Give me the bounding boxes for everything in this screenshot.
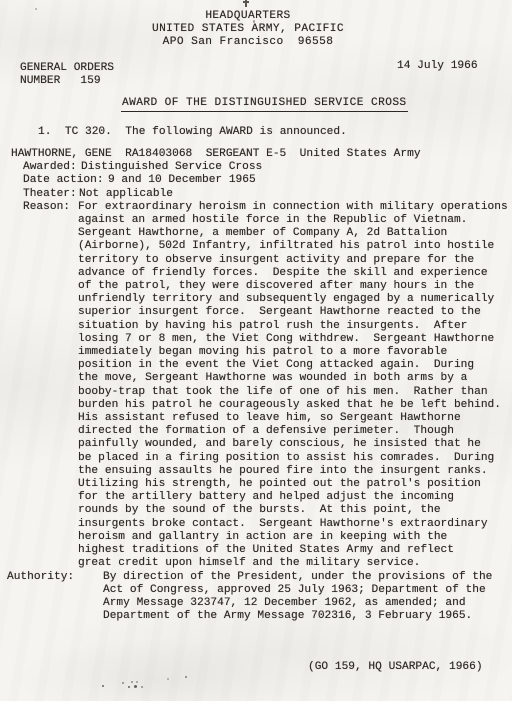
awardee-name-line: HAWTHORNE, GENE RA18403068 SERGEANT E-5 … bbox=[0, 148, 512, 161]
field-value-theater: Not applicable bbox=[79, 188, 173, 201]
field-row-authority: Authority: By direction of the President… bbox=[7, 571, 512, 624]
scan-speck bbox=[185, 676, 187, 678]
field-label-theater: Theater: bbox=[23, 188, 79, 201]
scan-speck bbox=[102, 685, 104, 687]
scanned-document-page: HEADQUARTERS UNITED STATES ARMY, PACIFIC… bbox=[0, 0, 512, 701]
field-row-reason: Reason: For extraordinary heroism in con… bbox=[23, 201, 512, 571]
scan-speck bbox=[253, 20, 255, 23]
field-row-awarded: Awarded: Distinguished Service Cross bbox=[23, 161, 512, 174]
scan-mark-top bbox=[245, 0, 247, 7]
scan-speck bbox=[131, 681, 133, 683]
issue-date: 14 July 1966 bbox=[397, 60, 478, 73]
headquarters-line: HEADQUARTERS bbox=[0, 10, 496, 23]
scan-speck bbox=[136, 681, 138, 683]
scan-speck bbox=[128, 686, 130, 688]
field-label-authority: Authority: bbox=[7, 571, 103, 624]
field-label-date-action: Date action: bbox=[23, 174, 108, 187]
field-value-reason: For extraordinary heroism in connection … bbox=[78, 201, 508, 571]
command-line: UNITED STATES ARMY, PACIFIC bbox=[0, 23, 496, 36]
scan-speck bbox=[167, 678, 169, 680]
scan-speck bbox=[141, 686, 143, 688]
footer-citation: (GO 159, HQ USARPAC, 1966) bbox=[308, 661, 483, 674]
scan-speck bbox=[134, 685, 137, 688]
field-value-awarded: Distinguished Service Cross bbox=[81, 161, 262, 174]
scan-speck bbox=[122, 682, 124, 684]
general-orders-block: GENERAL ORDERS NUMBER 159 bbox=[20, 62, 114, 88]
announcement-line: 1. TC 320. The following AWARD is announ… bbox=[38, 126, 347, 139]
field-row-theater: Theater: Not applicable bbox=[23, 188, 512, 201]
field-label-awarded: Awarded: bbox=[23, 161, 81, 174]
field-label-reason: Reason: bbox=[23, 201, 78, 571]
field-row-date-action: Date action: 9 and 10 December 1965 bbox=[23, 174, 512, 187]
general-orders-label: GENERAL ORDERS bbox=[20, 62, 114, 75]
document-title: AWARD OF THE DISTINGUISHED SERVICE CROSS bbox=[121, 97, 408, 112]
scan-speck bbox=[35, 8, 37, 10]
document-title-text: AWARD OF THE DISTINGUISHED SERVICE CROSS bbox=[121, 97, 408, 112]
award-citation-block: HAWTHORNE, GENE RA18403068 SERGEANT E-5 … bbox=[0, 148, 512, 623]
order-number-line: NUMBER 159 bbox=[20, 75, 114, 88]
apo-address-line: APO San Francisco 96558 bbox=[0, 36, 496, 49]
field-value-date-action: 9 and 10 December 1965 bbox=[108, 174, 256, 187]
field-value-authority: By direction of the President, under the… bbox=[103, 571, 492, 624]
document-header: HEADQUARTERS UNITED STATES ARMY, PACIFIC… bbox=[0, 10, 512, 49]
